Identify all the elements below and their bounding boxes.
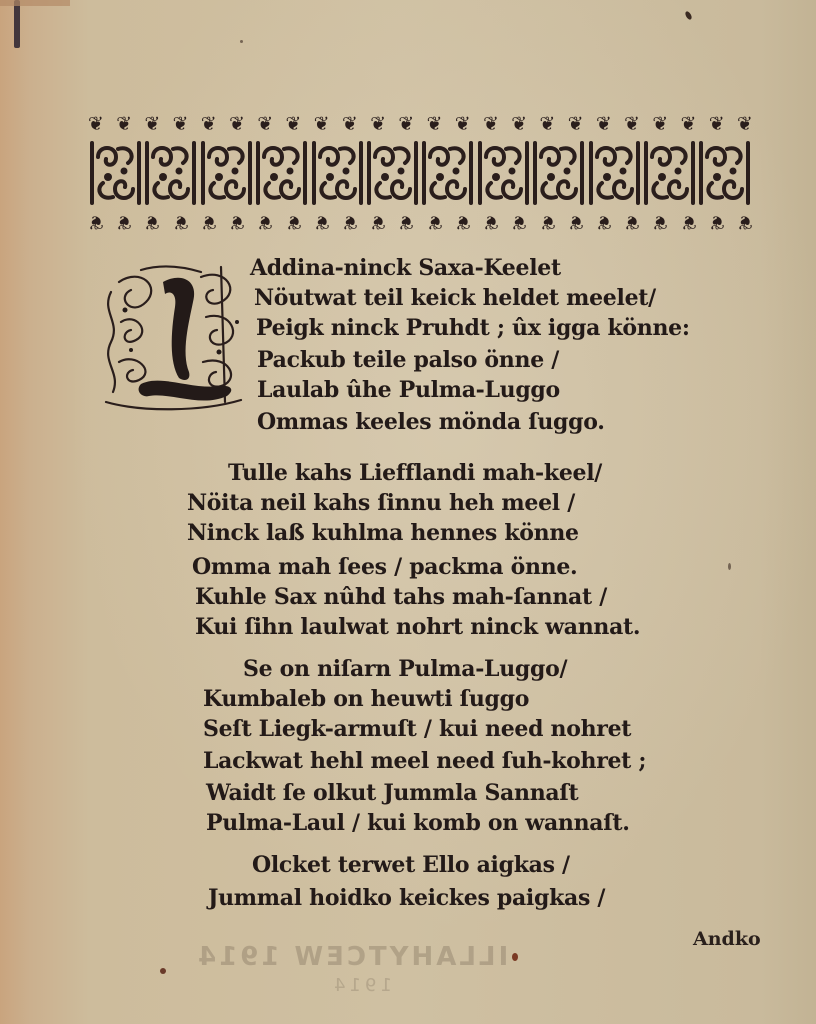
fleuron-icon: ❦ [652,113,668,135]
verse-line: Olcket terwet Ello aigkas / [252,852,570,878]
fleuron-icon: ❦ [286,211,302,233]
scrollwork-ornament-icon [420,137,475,209]
fleuron-icon: ❦ [88,211,104,233]
fleuron-icon: ❦ [286,113,302,135]
ink-speck [160,968,166,974]
verse-line: Packub teile palso önne / [257,347,559,373]
fleuron-icon: ❦ [201,211,217,233]
fleuron-icon: ❦ [314,113,330,135]
fleuron-icon: ❦ [540,211,556,233]
fleuron-row-bottom: ❦❦❦❦❦❦❦❦❦❦❦❦❦❦❦❦❦❦❦❦❦❦❦❦ [88,211,753,233]
scrollwork-ornament-icon [254,137,309,209]
fleuron-icon: ❦ [455,113,471,135]
scrollwork-ornament-icon [476,137,531,209]
verse-line: Nöita neil kahs ſinnu heh meel / [187,490,575,516]
fleuron-icon: ❦ [455,211,471,233]
fleuron-icon: ❦ [370,113,386,135]
fleuron-icon: ❦ [398,113,414,135]
fleuron-icon: ❦ [652,211,668,233]
fleuron-icon: ❦ [511,211,527,233]
show-through-text: ILLAHYTCEW 1914 [195,942,508,972]
verse-line: Omma mah ſees / packma önne. [192,554,577,580]
verse-line: Nöutwat teil keick heldet meelet/ [254,285,656,311]
show-through-text: 1914 [330,975,392,996]
verse-line: Waidt ſe olkut Jummla Sannaſt [206,780,578,806]
fleuron-icon: ❦ [144,211,160,233]
verse-line: Tulle kahs Liefflandi mah-keel/ [228,460,602,486]
catchword: Andko [693,928,761,950]
scrollwork-ornament-icon [587,137,642,209]
scrollwork-ornament-icon [642,137,697,209]
verse-line: Se on niſarn Pulma-Luggo/ [243,656,567,682]
fleuron-icon: ❦ [342,113,358,135]
fleuron-icon: ❦ [427,211,443,233]
verse-line: Ommas keeles mönda ſuggo. [257,409,605,435]
fleuron-icon: ❦ [511,113,527,135]
fleuron-icon: ❦ [229,113,245,135]
book-page: ❦❦❦❦❦❦❦❦❦❦❦❦❦❦❦❦❦❦❦❦❦❦❦❦ ❦❦❦❦❦❦❦❦❦❦❦❦❦❦❦… [0,0,816,1024]
fleuron-icon: ❦ [116,211,132,233]
fleuron-icon: ❦ [88,113,104,135]
ink-speck [240,40,243,43]
fleuron-icon: ❦ [427,113,443,135]
fleuron-icon: ❦ [709,113,725,135]
ink-speck [728,563,731,570]
fleuron-icon: ❦ [681,113,697,135]
ornamental-headband: ❦❦❦❦❦❦❦❦❦❦❦❦❦❦❦❦❦❦❦❦❦❦❦❦ ❦❦❦❦❦❦❦❦❦❦❦❦❦❦❦… [88,113,753,235]
scrollwork-ornament-icon [531,137,586,209]
scrollwork-ornament-icon [365,137,420,209]
scrollwork-ornament-icon [697,137,752,209]
fleuron-icon: ❦ [596,113,612,135]
fleuron-icon: ❦ [144,113,160,135]
scrollwork-ornament-icon [310,137,365,209]
fleuron-icon: ❦ [342,211,358,233]
scrollwork-ornament-icon [143,137,198,209]
verse-line: Seſt Liegk-armuſt / kui need nohret [203,716,631,742]
fleuron-row-top: ❦❦❦❦❦❦❦❦❦❦❦❦❦❦❦❦❦❦❦❦❦❦❦❦ [88,113,753,135]
fleuron-icon: ❦ [229,211,245,233]
fleuron-icon: ❦ [398,211,414,233]
fleuron-icon: ❦ [173,113,189,135]
fleuron-icon: ❦ [483,113,499,135]
verse-line: Ninck laß kuhlma hennes könne [187,520,579,546]
fleuron-icon: ❦ [370,211,386,233]
fleuron-icon: ❦ [624,113,640,135]
ink-speck [684,10,693,20]
fleuron-icon: ❦ [540,113,556,135]
fleuron-icon: ❦ [116,113,132,135]
verse-line: Pulma-Laul / kui komb on wannaſt. [206,810,630,836]
verse-line: Jummal hoidko keickes paigkas / [208,885,605,911]
fleuron-icon: ❦ [314,211,330,233]
fleuron-icon: ❦ [624,211,640,233]
fleuron-icon: ❦ [737,113,753,135]
fleuron-icon: ❦ [709,211,725,233]
verse-line: Kumbaleb on heuwti ſuggo [203,686,529,712]
verse-line: Lackwat hehl meel need ſuh-kohret ; [203,748,646,774]
verse-line: Kuhle Sax nûhd tahs mah-ſannat / [195,584,607,610]
fleuron-icon: ❦ [483,211,499,233]
fleuron-icon: ❦ [568,211,584,233]
fleuron-icon: ❦ [568,113,584,135]
verse-line: Kui ſihn laulwat nohrt ninck wannat. [195,614,640,640]
fleuron-icon: ❦ [681,211,697,233]
scrollwork-ornament-icon [199,137,254,209]
fleuron-icon: ❦ [596,211,612,233]
scrollwork-ornament-icon [88,137,143,209]
verse-line: Addina-ninck Saxa-Keelet [250,255,561,281]
fleuron-icon: ❦ [201,113,217,135]
fleuron-icon: ❦ [257,211,273,233]
scrollwork-band [88,137,753,209]
fleuron-icon: ❦ [257,113,273,135]
ink-speck [512,953,518,961]
verse-line: Laulab ûhe Pulma-Luggo [257,377,560,403]
verse-line: Peigk ninck Pruhdt ; ûx igga könne: [256,315,690,341]
fleuron-icon: ❦ [173,211,189,233]
fleuron-icon: ❦ [737,211,753,233]
decorated-initial-L-icon [101,262,248,412]
